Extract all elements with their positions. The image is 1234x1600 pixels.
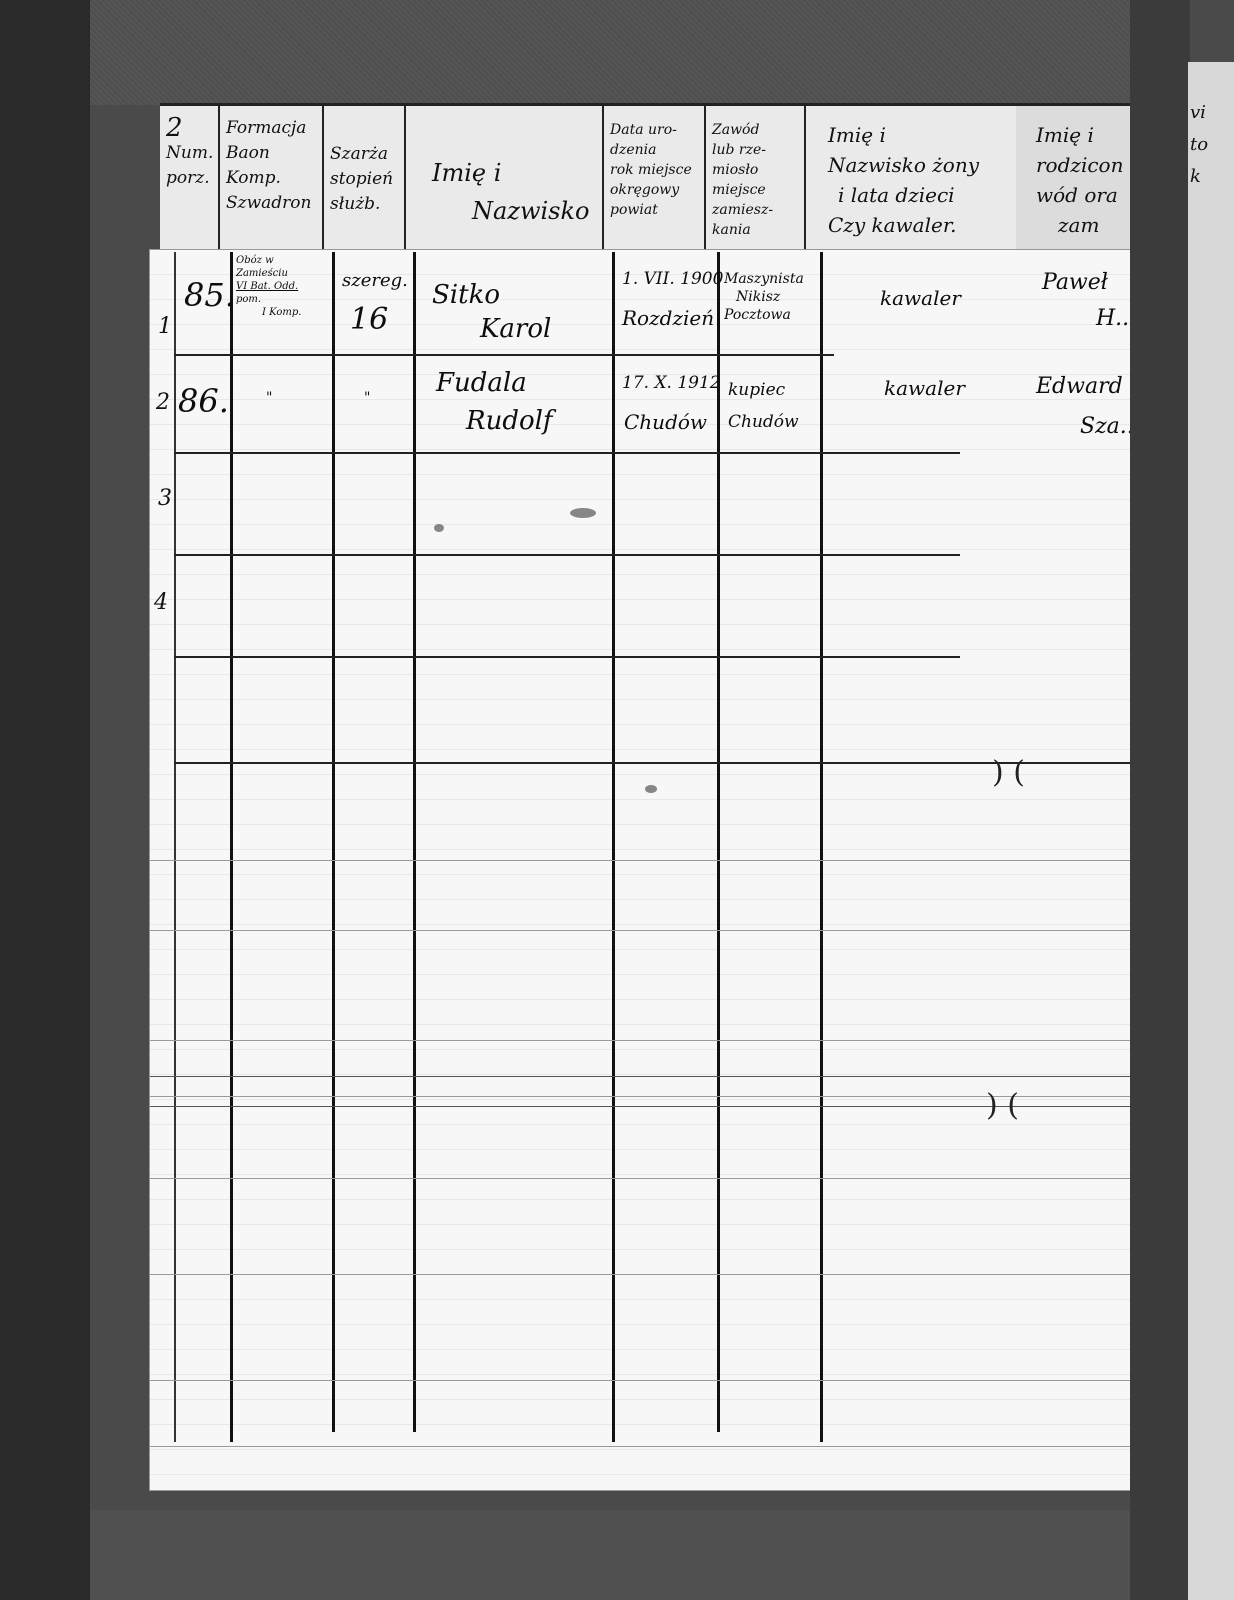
margin-mark: 3 <box>158 486 172 511</box>
entry-surname: Sitko <box>432 280 500 310</box>
header-col-rank: Szarża stopień służb. <box>324 106 406 256</box>
header-col-occupation: Zawód lub rze- miosło miejsce zamiesz- k… <box>706 106 806 256</box>
header-label: rok miejsce <box>610 160 700 180</box>
occupation-line: Maszynista <box>724 270 818 288</box>
entry-birth-date: 17. X. 1912 <box>622 374 721 392</box>
header-col-number: 2 Num. porz. <box>160 106 220 256</box>
column-divider <box>413 252 416 1432</box>
column-divider <box>717 252 720 1432</box>
header-label: Imię i <box>412 154 598 192</box>
entry-rank-number: 16 <box>350 302 388 337</box>
entry-occupation: kupiec Chudów <box>728 374 820 438</box>
row-divider <box>150 1096 1130 1097</box>
entry-parents: Paweł <box>1042 270 1108 295</box>
bracket-mark: ) ( <box>986 1088 1019 1123</box>
row-divider <box>150 1076 1130 1077</box>
header-label: okręgowy <box>610 180 700 200</box>
occupation-line: Nikisz <box>724 288 818 306</box>
formation-line: Zamieściu <box>236 267 330 280</box>
adjacent-page-text: k <box>1190 166 1201 187</box>
entry-marital-status: kawaler <box>884 376 965 400</box>
header-label: Nazwisko żony <box>828 150 1012 180</box>
header-label: Formacja <box>226 116 318 141</box>
page-marker: 2 <box>166 116 214 141</box>
occupation-line: kupiec <box>728 374 820 406</box>
header-label: Nazwisko <box>412 192 598 230</box>
header-label: kania <box>712 220 800 240</box>
header-label: Szarża <box>330 142 400 167</box>
header-label: Data uro- <box>610 120 700 140</box>
scan-background-bottom <box>90 1510 1190 1600</box>
row-divider <box>174 762 1134 764</box>
entry-given-name: Karol <box>480 314 551 344</box>
header-label: Imię i <box>1036 120 1142 150</box>
header-label: i lata dzieci <box>828 180 1012 210</box>
header-label: rodzicon <box>1036 150 1142 180</box>
entry-occupation: Maszynista Nikisz Pocztowa <box>724 270 818 324</box>
header-label: Imię i <box>828 120 1012 150</box>
formation-line: VI Bat. Odd. <box>236 280 330 293</box>
entry-surname: Fudala <box>436 368 527 398</box>
formation-line: Obóz w <box>236 254 330 267</box>
margin-mark: 2 <box>156 390 170 415</box>
header-label: lub rze- <box>712 140 800 160</box>
adjacent-page-text: vi <box>1190 102 1206 123</box>
column-divider <box>612 252 615 1442</box>
header-label: Szwadron <box>226 191 318 216</box>
entry-birth-place: Chudów <box>624 406 707 438</box>
header-col-wife: Imię i Nazwisko żony i lata dzieci Czy k… <box>806 106 1016 256</box>
column-divider <box>230 252 233 1442</box>
header-label: Komp. <box>226 166 318 191</box>
register-sheet: 1 2 3 4 85. Obóz w Zamieściu VI Bat. Odd… <box>150 250 1130 1490</box>
entry-parents: Edward <box>1036 374 1123 399</box>
header-col-parents: Imię i rodzicon wód ora zam <box>1016 106 1146 256</box>
occupation-line: Chudów <box>728 406 820 438</box>
header-label: powiat <box>610 200 700 220</box>
register-header: 2 Num. porz. Formacja Baon Komp. Szwadro… <box>160 103 1190 256</box>
entry-rank: szereg. <box>342 270 408 291</box>
ink-stain <box>645 785 657 793</box>
header-label: zam <box>1036 210 1142 240</box>
header-label: stopień <box>330 167 400 192</box>
header-label: dzenia <box>610 140 700 160</box>
header-label: Num. <box>166 141 214 166</box>
entry-formation: Obóz w Zamieściu VI Bat. Odd. pom. I Kom… <box>236 254 330 319</box>
header-label: zamiesz- <box>712 200 800 220</box>
entry-birth-date: 1. VII. 1900 <box>622 270 723 288</box>
header-label: porz. <box>166 166 214 191</box>
adjacent-page-edge: vi to k <box>1188 62 1234 1600</box>
row-divider <box>174 354 834 356</box>
column-divider <box>820 252 823 1442</box>
row-divider <box>150 1380 1130 1381</box>
scan-background-left <box>0 0 90 1600</box>
entry-given-name: Rudolf <box>466 406 553 436</box>
header-label: Czy kawaler. <box>828 210 1012 240</box>
header-col-birth: Data uro- dzenia rok miejsce okręgowy po… <box>604 106 706 256</box>
column-divider <box>332 252 335 1432</box>
header-label: Baon <box>226 141 318 166</box>
header-col-name: Imię i Nazwisko <box>406 106 604 256</box>
row-divider <box>174 452 960 454</box>
bracket-mark: ) ( <box>992 755 1025 790</box>
header-label: miejsce <box>712 180 800 200</box>
header-label: służb. <box>330 192 400 217</box>
row-divider <box>150 1446 1130 1447</box>
page-gutter-shadow <box>1130 0 1190 1600</box>
margin-mark: 1 <box>158 314 172 339</box>
entry-number: 86. <box>178 382 229 420</box>
header-col-formation: Formacja Baon Komp. Szwadron <box>220 106 324 256</box>
formation-line: pom. <box>236 293 330 306</box>
row-divider <box>174 656 960 658</box>
entry-formation-ditto: " <box>266 390 272 406</box>
row-divider <box>150 860 1130 861</box>
row-divider <box>150 1178 1130 1179</box>
row-divider <box>174 554 960 556</box>
entry-number: 85. <box>184 276 235 314</box>
header-label: miosło <box>712 160 800 180</box>
margin-line <box>174 252 176 1442</box>
scan-background-top <box>90 0 1190 105</box>
row-divider <box>150 1040 1130 1041</box>
entry-rank-ditto: " <box>364 390 370 406</box>
entry-marital-status: kawaler <box>880 286 961 310</box>
formation-line: I Komp. <box>236 306 330 319</box>
header-label: Zawód <box>712 120 800 140</box>
entry-birth-place: Rozdzień <box>622 302 714 334</box>
ink-stain <box>434 524 444 532</box>
occupation-line: Pocztowa <box>724 306 818 324</box>
margin-mark: 4 <box>154 590 168 615</box>
row-divider <box>150 930 1130 931</box>
adjacent-page-text: to <box>1190 134 1208 155</box>
header-label: wód ora <box>1036 180 1142 210</box>
row-divider <box>150 1274 1130 1275</box>
row-divider <box>150 1106 1130 1107</box>
ink-stain <box>570 508 596 518</box>
